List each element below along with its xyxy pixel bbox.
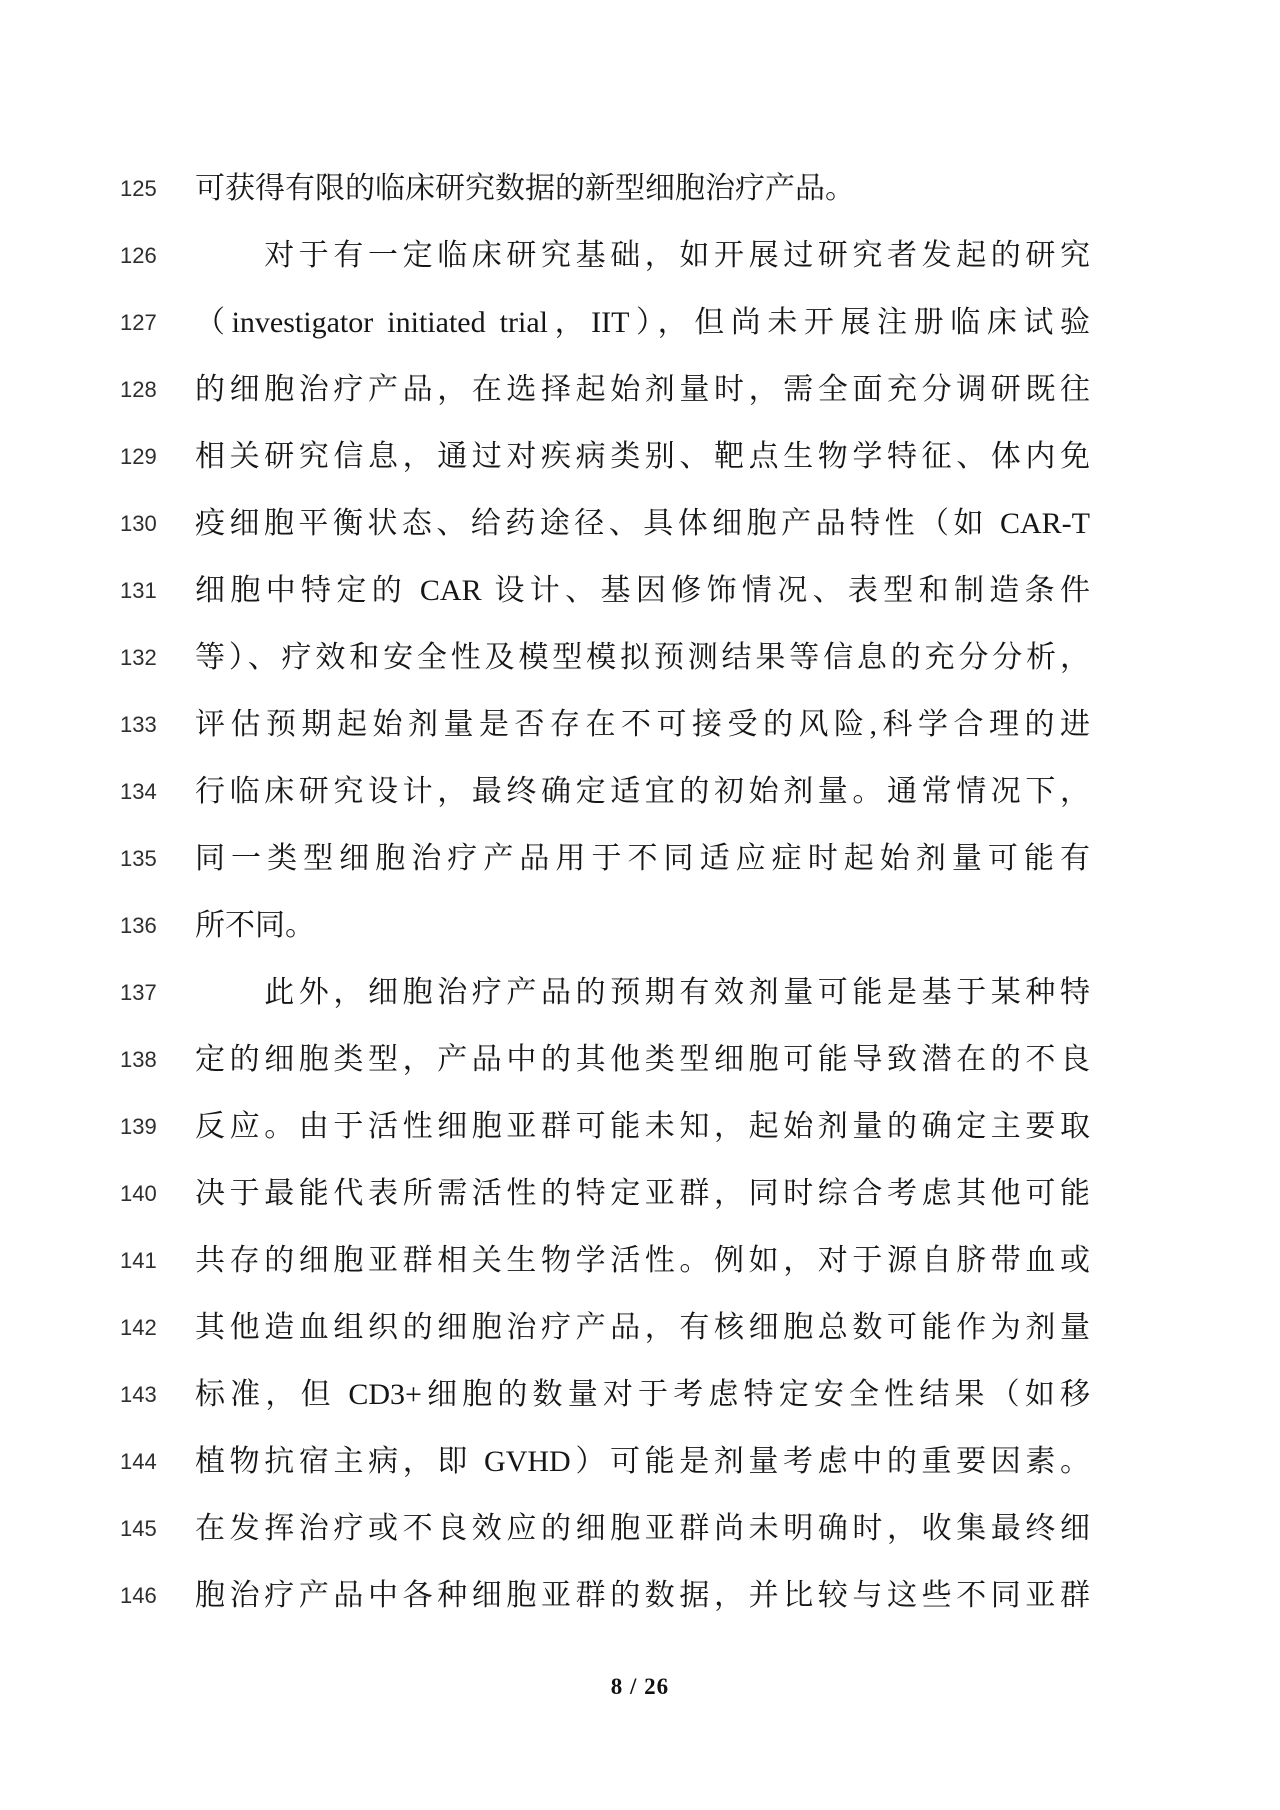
line-number: 142 [120, 1294, 195, 1361]
line-text: 在发挥治疗或不良效应的细胞亚群尚未明确时，收集最终细 [195, 1495, 1090, 1562]
text-line: 142 其他造血组织的细胞治疗产品，有核细胞总数可能作为剂量 [0, 1294, 1280, 1361]
line-text: 此外，细胞治疗产品的预期有效剂量可能是基于某种特 [195, 959, 1090, 1026]
text-line: 125 可获得有限的临床研究数据的新型细胞治疗产品。 [0, 155, 1280, 222]
line-number: 146 [120, 1562, 195, 1629]
line-number: 126 [120, 222, 195, 289]
line-text: 植物抗宿主病，即 GVHD）可能是剂量考虑中的重要因素。 [195, 1428, 1090, 1495]
line-text: 共存的细胞亚群相关生物学活性。例如，对于源自脐带血或 [195, 1227, 1090, 1294]
line-number: 135 [120, 825, 195, 892]
text-line: 138 定的细胞类型，产品中的其他类型细胞可能导致潜在的不良 [0, 1026, 1280, 1093]
text-line: 128 的细胞治疗产品，在选择起始剂量时，需全面充分调研既往 [0, 356, 1280, 423]
line-text: 疫细胞平衡状态、给药途径、具体细胞产品特性（如 CAR-T [195, 490, 1090, 557]
line-number: 140 [120, 1160, 195, 1227]
line-text: 对于有一定临床研究基础，如开展过研究者发起的研究 [195, 222, 1090, 289]
line-text: 所不同。 [195, 892, 1090, 959]
line-text: 反应。由于活性细胞亚群可能未知，起始剂量的确定主要取 [195, 1093, 1090, 1160]
line-number: 133 [120, 691, 195, 758]
text-line: 129 相关研究信息，通过对疾病类别、靶点生物学特征、体内免 [0, 423, 1280, 490]
line-number: 134 [120, 758, 195, 825]
text-line: 134 行临床研究设计，最终确定适宜的初始剂量。通常情况下， [0, 758, 1280, 825]
text-line: 132 等）、疗效和安全性及模型模拟预测结果等信息的充分分析， [0, 624, 1280, 691]
line-number: 127 [120, 289, 195, 356]
line-number: 138 [120, 1026, 195, 1093]
line-number: 131 [120, 557, 195, 624]
text-line: 145 在发挥治疗或不良效应的细胞亚群尚未明确时，收集最终细 [0, 1495, 1280, 1562]
text-line: 131 细胞中特定的 CAR 设计、基因修饰情况、表型和制造条件 [0, 557, 1280, 624]
line-number: 144 [120, 1428, 195, 1495]
line-text: 行临床研究设计，最终确定适宜的初始剂量。通常情况下， [195, 758, 1090, 825]
line-text: 的细胞治疗产品，在选择起始剂量时，需全面充分调研既往 [195, 356, 1090, 423]
document-page: 125 可获得有限的临床研究数据的新型细胞治疗产品。 126 对于有一定临床研究… [0, 0, 1280, 1810]
line-number: 145 [120, 1495, 195, 1562]
line-number: 136 [120, 892, 195, 959]
line-text: （investigator initiated trial，IIT），但尚未开展… [195, 289, 1090, 356]
text-line: 144 植物抗宿主病，即 GVHD）可能是剂量考虑中的重要因素。 [0, 1428, 1280, 1495]
text-line: 143 标准，但 CD3+细胞的数量对于考虑特定安全性结果（如移 [0, 1361, 1280, 1428]
line-text: 可获得有限的临床研究数据的新型细胞治疗产品。 [195, 155, 1090, 222]
text-line: 126 对于有一定临床研究基础，如开展过研究者发起的研究 [0, 222, 1280, 289]
text-line: 127 （investigator initiated trial，IIT），但… [0, 289, 1280, 356]
line-text: 定的细胞类型，产品中的其他类型细胞可能导致潜在的不良 [195, 1026, 1090, 1093]
line-text: 同一类型细胞治疗产品用于不同适应症时起始剂量可能有 [195, 825, 1090, 892]
line-number: 141 [120, 1227, 195, 1294]
line-text: 细胞中特定的 CAR 设计、基因修饰情况、表型和制造条件 [195, 557, 1090, 624]
text-line: 135 同一类型细胞治疗产品用于不同适应症时起始剂量可能有 [0, 825, 1280, 892]
text-line: 139 反应。由于活性细胞亚群可能未知，起始剂量的确定主要取 [0, 1093, 1280, 1160]
line-number: 132 [120, 624, 195, 691]
line-number: 130 [120, 490, 195, 557]
text-body: 125 可获得有限的临床研究数据的新型细胞治疗产品。 126 对于有一定临床研究… [0, 155, 1280, 1629]
line-text: 评估预期起始剂量是否存在不可接受的风险,科学合理的进 [195, 691, 1090, 758]
line-number: 143 [120, 1361, 195, 1428]
line-number: 128 [120, 356, 195, 423]
line-number: 129 [120, 423, 195, 490]
text-line: 137 此外，细胞治疗产品的预期有效剂量可能是基于某种特 [0, 959, 1280, 1026]
page-footer: 8 / 26 [0, 1674, 1280, 1700]
line-text: 标准，但 CD3+细胞的数量对于考虑特定安全性结果（如移 [195, 1361, 1090, 1428]
text-line: 140 决于最能代表所需活性的特定亚群，同时综合考虑其他可能 [0, 1160, 1280, 1227]
line-number: 139 [120, 1093, 195, 1160]
text-line: 146 胞治疗产品中各种细胞亚群的数据，并比较与这些不同亚群 [0, 1562, 1280, 1629]
text-line: 136 所不同。 [0, 892, 1280, 959]
line-number: 125 [120, 155, 195, 222]
line-text: 决于最能代表所需活性的特定亚群，同时综合考虑其他可能 [195, 1160, 1090, 1227]
text-line: 133 评估预期起始剂量是否存在不可接受的风险,科学合理的进 [0, 691, 1280, 758]
line-text: 胞治疗产品中各种细胞亚群的数据，并比较与这些不同亚群 [195, 1562, 1090, 1629]
text-line: 141 共存的细胞亚群相关生物学活性。例如，对于源自脐带血或 [0, 1227, 1280, 1294]
line-number: 137 [120, 959, 195, 1026]
text-line: 130 疫细胞平衡状态、给药途径、具体细胞产品特性（如 CAR-T [0, 490, 1280, 557]
line-text: 等）、疗效和安全性及模型模拟预测结果等信息的充分分析， [195, 624, 1090, 691]
line-text: 其他造血组织的细胞治疗产品，有核细胞总数可能作为剂量 [195, 1294, 1090, 1361]
line-text: 相关研究信息，通过对疾病类别、靶点生物学特征、体内免 [195, 423, 1090, 490]
